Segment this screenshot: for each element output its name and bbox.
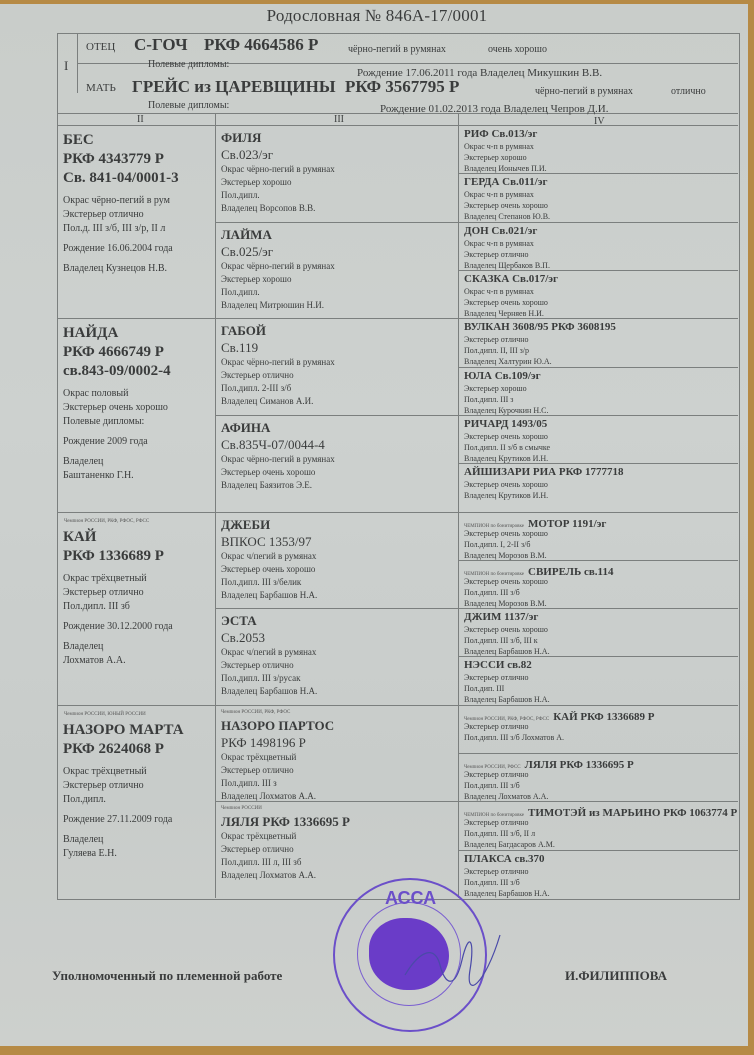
gen3-detail-line: Пол.дипл. [221,286,260,299]
gen4-detail-line: Окрас ч-п в румянах [464,238,534,249]
gen-labels-bottom [57,125,738,126]
signatory-name: И.ФИЛИППОВА [565,968,667,984]
gen3-detail-line: Окрас ч/пегий в румянах [221,550,316,563]
gen2-row-divider [57,512,215,513]
gen3-name: НАЗОРО ПАРТОС [221,717,334,734]
gen2-row-divider [57,318,215,319]
gen2-detail-line: Баштаненко Г.Н. [63,469,134,483]
gen4-name: ДЖИМ 1137/эг [464,610,538,624]
gen3-reg: ВПКОС 1353/97 [221,533,312,550]
gen4-detail-line: Пол.дипл. III з/б [464,877,520,888]
gen4-name: КАЙ РКФ 1336689 Р [553,711,654,723]
gen2-detail-line: Пол.дипл. III зб [63,600,130,614]
gen2-heading-line: Св. 841-04/0001-3 [63,169,179,188]
gen4-detail-line: Экстерьер отлично [464,866,529,877]
gen4-name: АЙШИЗАРИ РИА РКФ 1777718 [464,465,623,479]
gen3-detail-line: Экстерьер хорошо [221,273,291,286]
gen4-detail-line: Экстерьер очень хорошо [464,528,548,539]
gen3-row-divider [215,222,458,223]
gen3-detail-line: Экстерьер очень хорошо [221,563,315,576]
mother-name: ГРЕЙС из ЦАРЕВЩИНЫ [132,76,336,98]
gen3-champion-note: Чемпион РОССИИ [221,805,262,812]
gen2-heading-line: РКФ 4666749 Р [63,343,164,362]
gen4-detail-line: Пол.дипл. III з/б Лохматов А. [464,732,564,743]
gen4-detail-line: Экстерьер очень хорошо [464,624,548,635]
mother-diplomas: Полевые дипломы: [148,99,229,113]
gen4-row-divider [458,512,738,513]
gen3-row-divider [215,318,458,319]
gen3-label: III [334,113,344,127]
gen4-column-divider [458,113,459,898]
gen2-heading-line: РКФ 2624068 Р [63,740,164,759]
mother-reg: РКФ 3567795 Р [345,76,459,98]
gen3-detail-line: Пол.дипл. III л, III зб [221,856,301,869]
gen3-detail-line: Экстерьер хорошо [221,176,291,189]
gen3-detail-line: Окрас ч/пегий в румянах [221,646,316,659]
gen4-name: ПЛАКСА св.370 [464,852,545,866]
gen3-name: ФИЛЯ [221,129,261,146]
gen4-detail-line: Экстерьер очень хорошо [464,297,548,308]
gen3-reg: Св.2053 [221,629,265,646]
gen4-row-divider [458,318,738,319]
gen3-detail-line: Пол.дипл. III з/русак [221,672,300,685]
father-role: ОТЕЦ [86,40,115,54]
gen2-heading-line: КАЙ [63,528,96,547]
gen4-row-divider [458,415,738,416]
gen3-champion-note: Чемпион РОССИИ, РКФ, РФОС [221,709,290,716]
gen1-label: I [64,58,68,74]
gen2-detail-line: Рождение 2009 года [63,435,148,449]
gen3-name: ГАБОЙ [221,322,266,339]
gen2-detail-line: Экстерьер очень хорошо [63,401,168,415]
gen4-detail-line: Экстерьер отлично [464,334,529,345]
gen4-detail-line: Владелец Крутиков И.Н. [464,490,548,501]
gen2-detail-line: Экстерьер отлично [63,779,144,793]
gen4-detail-line: Экстерьер отлично [464,769,529,780]
gen4-row-divider [458,801,738,802]
gen2-heading-line: НАЙДА [63,324,118,343]
gen3-detail-line: Окрас трёхцветный [221,751,296,764]
gen4-detail-line: Экстерьер отлично [464,672,529,683]
gen2-detail-line: Владелец [63,455,103,469]
gen3-detail-line: Пол.дипл. 2-III з/б [221,382,291,395]
gen3-reg: Св.023/эг [221,146,273,163]
gen4-detail-line: Экстерьер очень хорошо [464,200,548,211]
gen2-champion-note: Чемпион РОССИИ, РКФ, РФОС, РФСС [64,518,149,525]
gen3-detail-line: Экстерьер отлично [221,764,294,777]
gen2-detail-line: Рождение 16.06.2004 года [63,242,173,256]
gen2-detail-line: Окрас трёхцветный [63,765,147,779]
father-exterior: очень хорошо [488,43,547,57]
gen2-detail-line: Владелец Кузнецов Н.В. [63,262,167,276]
father-color: чёрно-пегий в румянах [348,43,446,57]
gen2-label: II [137,113,144,127]
father-diplomas: Полевые дипломы: [148,58,229,72]
gen3-detail-line: Владелец Ворсопов В.В. [221,202,315,215]
gen4-detail-line: Пол.дипл. III з/б, III к [464,635,538,646]
gen3-detail-line: Экстерьер отлично [221,843,294,856]
gen4-name: РИЧАРД 1493/05 [464,417,547,431]
gen2-detail-line: Окрас половый [63,387,128,401]
gen3-reg: Св.025/эг [221,243,273,260]
gen3-detail-line: Окрас чёрно-пегий в румянах [221,356,335,369]
gen4-detail-line: Окрас ч-п в румянах [464,141,534,152]
gen4-row-divider [458,222,738,223]
signature-icon [400,930,510,1000]
gen2-heading-line: св.843-09/0002-4 [63,362,171,381]
gen3-detail-line: Владелец Лохматов А.А. [221,869,316,882]
gen3-reg: Св.835Ч-07/0044-4 [221,436,325,453]
gen4-detail-line: Экстерьер хорошо [464,152,527,163]
gen2-detail-line: Рождение 30.12.2000 года [63,620,173,634]
gen3-name: ЛАЙМА [221,226,272,243]
gen4-name: ТИМОТЭЙ из МАРЬИНО РКФ 1063774 Р [528,807,737,819]
gen3-detail-line: Экстерьер отлично [221,369,294,382]
gen3-name: ЛЯЛЯ РКФ 1336695 Р [221,813,350,830]
gen4-name: ДОН Св.021/эг [464,224,537,238]
gen2-heading-line: РКФ 1336689 Р [63,547,164,566]
gen3-detail-line: Владелец Барбашов Н.А. [221,685,317,698]
gen4-detail-line: Пол.дипл. II, III з/р [464,345,529,356]
gen3-name: ДЖЕБИ [221,516,270,533]
gen3-row-divider [215,705,458,706]
gen4-detail-line: Пол.дипл. III з/б [464,587,520,598]
stamp-label: АССА [385,888,436,909]
gen3-detail-line: Окрас чёрно-пегий в румянах [221,163,335,176]
gen2-detail-line: Рождение 27.11.2009 года [63,813,172,827]
gen3-row-divider [215,415,458,416]
gen4-name: РИФ Св.013/эг [464,127,537,141]
gen4-row-divider [458,463,738,464]
gen2-heading-line: РКФ 4343779 Р [63,150,164,169]
gen3-reg: РКФ 1498196 Р [221,734,306,751]
gen3-row-divider [215,608,458,609]
gen3-row-divider [215,801,458,802]
gen4-row-divider [458,173,738,174]
gen4-row-divider [458,850,738,851]
gen4-row-divider [458,560,738,561]
gen2-heading-line: БЕС [63,131,94,150]
gen2-detail-line: Экстерьер отлично [63,208,144,222]
gen4-detail-line: Экстерьер хорошо [464,383,527,394]
gen2-detail-line: Окрас трёхцветный [63,572,147,586]
gen3-detail-line: Владелец Баязитов Э.Е. [221,479,312,492]
gen2-row-divider [57,705,215,706]
gen3-detail-line: Окрас чёрно-пегий в румянах [221,260,335,273]
gen2-detail-line: Гуляева Е.Н. [63,847,117,861]
gen4-name: НЭССИ св.82 [464,658,532,672]
gen4-label: IV [594,115,605,129]
gen4-row-divider [458,608,738,609]
gen4-row-divider [458,656,738,657]
gen4-detail-line: Экстерьер очень хорошо [464,576,548,587]
gen3-name: ЭСТА [221,612,257,629]
gen3-row-divider [215,512,458,513]
gen3-detail-line: Пол.дипл. III з [221,777,277,790]
gen3-detail-line: Владелец Барбашов Н.А. [221,589,317,602]
gen3-detail-line: Владелец Митрюшин Н.И. [221,299,324,312]
gen4-detail-line: Пол.дипл. III з/б, II л [464,828,535,839]
gen4-detail-line: Пол.дипл. III з [464,394,513,405]
gen2-detail-line: Экстерьер отлично [63,586,144,600]
gen4-name: ЮЛА Св.109/эг [464,369,541,383]
gen3-reg: Св.119 [221,339,258,356]
gen4-detail-line: Экстерьер отлично [464,817,529,828]
gen3-detail-line: Владелец Симанов А.И. [221,395,313,408]
gen4-detail-line: Пол.дипл. III з/б [464,780,520,791]
gen2-heading-line: НАЗОРО МАРТА [63,721,184,740]
gen4-row-divider [458,270,738,271]
gen4-detail-line: Окрас ч-п в румянах [464,189,534,200]
gen2-detail-line: Пол.д. III з/б, III з/р, II л [63,222,165,236]
gen3-name: АФИНА [221,419,270,436]
gen2-detail-line: Окрас чёрно-пегий в рум [63,194,170,208]
father-reg: РКФ 4664586 Р [204,34,318,56]
gen2-champion-note: Чемпион РОССИИ, ЮНЫЙ РОССИИ [64,711,146,718]
gen4-row-divider [458,367,738,368]
gen2-detail-line: Полевые дипломы: [63,415,144,429]
gen4-detail-line: Пол.дипл. I, 2-II з/б [464,539,530,550]
gen4-detail-line: Экстерьер очень хорошо [464,479,548,490]
gen4-detail-line: Окрас ч-п в румянах [464,286,534,297]
gen4-row-divider [458,705,738,706]
gen4-name: СКАЗКА Св.017/эг [464,272,558,286]
document-title: Родословная № 846А-17/0001 [0,6,754,26]
gen3-column-divider [215,113,216,898]
gen4-detail-line: Экстерьер отлично [464,721,529,732]
mother-exterior: отлично [671,85,706,99]
gen4-row-divider [458,753,738,754]
gen3-detail-line: Экстерьер очень хорошо [221,466,315,479]
gen4-detail-line: Владелец Барбашов Н.А. [464,888,550,899]
gen3-detail-line: Пол.дипл. [221,189,260,202]
gen3-detail-line: Пол.дипл. III з/белик [221,576,301,589]
gen3-detail-line: Экстерьер отлично [221,659,294,672]
gen4-detail-line: Пол.дипл. II з/б в смычке [464,442,550,453]
mother-role: МАТЬ [86,81,116,95]
authority-label: Уполномоченный по племенной работе [52,968,282,984]
gen4-name: ВУЛКАН 3608/95 РКФ 3608195 [464,320,616,334]
gen4-name: ГЕРДА Св.011/эг [464,175,547,189]
gen2-detail-line: Пол.дипл. [63,793,106,807]
gen4-detail-line: Экстерьер отлично [464,249,529,260]
gen3-detail-line: Окрас трёхцветный [221,830,296,843]
gen2-detail-line: Владелец [63,640,103,654]
gen2-detail-line: Лохматов А.А. [63,654,126,668]
mother-color: чёрно-пегий в румянах [535,85,633,99]
gen4-detail-line: Экстерьер очень хорошо [464,431,548,442]
father-name: С-ГОЧ [134,34,188,56]
mother-birth-owner: Рождение 01.02.2013 года Владелец Чепров… [380,102,608,116]
gen2-detail-line: Владелец [63,833,103,847]
gen4-name: ЛЯЛЯ РКФ 1336695 Р [525,759,634,771]
gen3-detail-line: Окрас чёрно-пегий в румянах [221,453,335,466]
gen4-detail-line: Пол.дип. III [464,683,504,694]
